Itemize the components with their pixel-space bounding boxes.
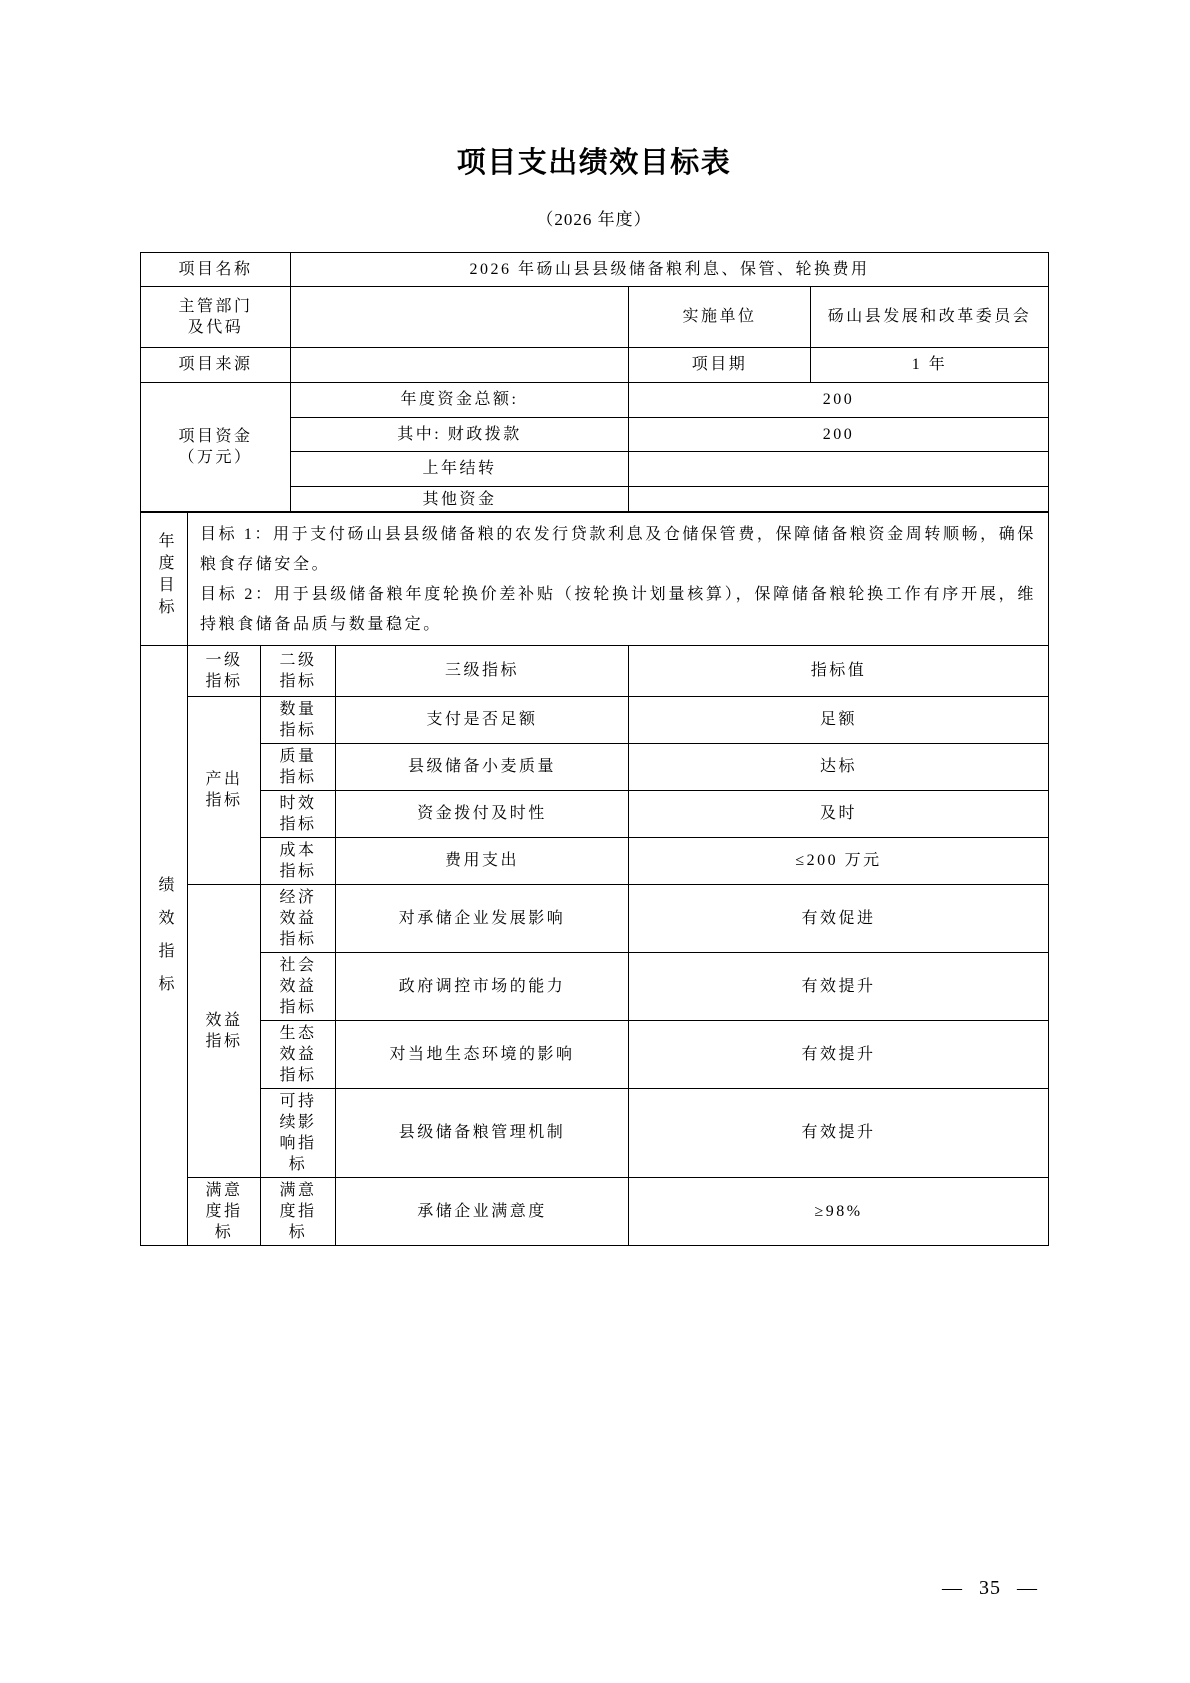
page-title: 项目支出绩效目标表 xyxy=(140,146,1048,181)
indicator-row: 可持 续影 响指 标 县级储备粮管理机制 有效提升 xyxy=(141,1088,1049,1177)
indicator-level3: 承储企业满意度 xyxy=(336,1177,629,1245)
indicator-value: ≤200 万元 xyxy=(629,837,1049,884)
project-source-label: 项目来源 xyxy=(141,347,291,382)
indicator-level3: 对当地生态环境的影响 xyxy=(336,1020,629,1088)
performance-indicators-table: 绩效指标 一级 指标 二级 指标 三级指标 指标值 产出 指标 数量 指标 支付… xyxy=(140,645,1049,1246)
dept-code-value xyxy=(291,286,629,347)
indicator-level3: 对承储企业发展影响 xyxy=(336,884,629,952)
dept-code-label: 主管部门 及代码 xyxy=(141,286,291,347)
indicator-level2: 成本 指标 xyxy=(261,837,336,884)
indicator-level2: 社会 效益 指标 xyxy=(261,952,336,1020)
indicator-row: 社会 效益 指标 政府调控市场的能力 有效提升 xyxy=(141,952,1049,1020)
indicator-row: 时效 指标 资金拨付及时性 及时 xyxy=(141,790,1049,837)
fund-total-label: 年度资金总额: xyxy=(291,382,629,417)
project-period-label: 项目期 xyxy=(629,347,811,382)
indicator-row: 质量 指标 县级储备小麦质量 达标 xyxy=(141,743,1049,790)
value-header: 指标值 xyxy=(629,645,1049,696)
document-page: 项目支出绩效目标表 （2026 年度） 项目名称 2026 年砀山县县级储备粮利… xyxy=(0,0,1190,1683)
indicator-value: 有效提升 xyxy=(629,1020,1049,1088)
annual-goals-table: 年度目标 目标 1：用于支付砀山县县级储备粮的农发行贷款利息及仓储保管费，保障储… xyxy=(140,511,1049,646)
page-number: — 35 — xyxy=(910,1577,1070,1600)
indicator-level3: 费用支出 xyxy=(336,837,629,884)
indicator-level3: 政府调控市场的能力 xyxy=(336,952,629,1020)
goal-1-text: 目标 1：用于支付砀山县县级储备粮的农发行贷款利息及仓储保管费，保障储备粮资金周… xyxy=(200,520,1036,580)
indicator-row: 满意 度指 标 满意 度指 标 承储企业满意度 ≥98% xyxy=(141,1177,1049,1245)
indicator-row: 成本 指标 费用支出 ≤200 万元 xyxy=(141,837,1049,884)
project-funds-label: 项目资金 （万元） xyxy=(141,382,291,512)
goal-2-text: 目标 2：用于县级储备粮年度轮换价差补贴（按轮换计划量核算），保障储备粮轮换工作… xyxy=(200,580,1036,640)
indicator-level2: 质量 指标 xyxy=(261,743,336,790)
indicator-header-row: 绩效指标 一级 指标 二级 指标 三级指标 指标值 xyxy=(141,645,1049,696)
annual-goals-text-cell: 目标 1：用于支付砀山县县级储备粮的农发行贷款利息及仓储保管费，保障储备粮资金周… xyxy=(188,512,1049,646)
indicator-value: 达标 xyxy=(629,743,1049,790)
indicator-value: 及时 xyxy=(629,790,1049,837)
indicator-row: 效益 指标 经济 效益 指标 对承储企业发展影响 有效促进 xyxy=(141,884,1049,952)
fund-fiscal-value: 200 xyxy=(629,417,1049,451)
fund-carryover-value xyxy=(629,451,1049,486)
fund-other-value xyxy=(629,486,1049,512)
fund-total-value: 200 xyxy=(629,382,1049,417)
indicator-level2: 满意 度指 标 xyxy=(261,1177,336,1245)
impl-unit-label: 实施单位 xyxy=(629,286,811,347)
indicator-level2: 生态 效益 指标 xyxy=(261,1020,336,1088)
level3-header: 三级指标 xyxy=(336,645,629,696)
indicator-level3: 支付是否足额 xyxy=(336,696,629,743)
output-indicator-group-label: 产出 指标 xyxy=(188,696,261,884)
table-row: 项目资金 （万元） 年度资金总额: 200 xyxy=(141,382,1049,417)
performance-indicators-label: 绩效指标 xyxy=(156,876,172,1008)
table-row: 项目来源 项目期 1 年 xyxy=(141,347,1049,382)
indicator-value: ≥98% xyxy=(629,1177,1049,1245)
fund-fiscal-label: 其中: 财政拨款 xyxy=(291,417,629,451)
page-subtitle: （2026 年度） xyxy=(140,205,1048,230)
project-name-value: 2026 年砀山县县级储备粮利息、保管、轮换费用 xyxy=(291,252,1049,286)
indicator-row: 产出 指标 数量 指标 支付是否足额 足额 xyxy=(141,696,1049,743)
annual-goals-label: 年度目标 xyxy=(156,532,172,620)
impl-unit-value: 砀山县发展和改革委员会 xyxy=(811,286,1049,347)
indicator-level3: 资金拨付及时性 xyxy=(336,790,629,837)
table-row: 年度目标 目标 1：用于支付砀山县县级储备粮的农发行贷款利息及仓储保管费，保障储… xyxy=(141,512,1049,646)
level1-header: 一级 指标 xyxy=(188,645,261,696)
project-name-label: 项目名称 xyxy=(141,252,291,286)
project-period-value: 1 年 xyxy=(811,347,1049,382)
document-content: 项目支出绩效目标表 （2026 年度） 项目名称 2026 年砀山县县级储备粮利… xyxy=(140,146,1048,1246)
fund-carryover-label: 上年结转 xyxy=(291,451,629,486)
indicator-level2: 时效 指标 xyxy=(261,790,336,837)
indicator-level3: 县级储备小麦质量 xyxy=(336,743,629,790)
performance-indicators-label-cell: 绩效指标 xyxy=(141,645,188,1245)
indicator-value: 足额 xyxy=(629,696,1049,743)
project-info-table: 项目名称 2026 年砀山县县级储备粮利息、保管、轮换费用 主管部门 及代码 实… xyxy=(140,252,1049,513)
indicator-value: 有效提升 xyxy=(629,1088,1049,1177)
indicator-level2: 可持 续影 响指 标 xyxy=(261,1088,336,1177)
indicator-value: 有效促进 xyxy=(629,884,1049,952)
benefit-indicator-group-label: 效益 指标 xyxy=(188,884,261,1177)
indicator-value: 有效提升 xyxy=(629,952,1049,1020)
indicator-row: 生态 效益 指标 对当地生态环境的影响 有效提升 xyxy=(141,1020,1049,1088)
table-row: 项目名称 2026 年砀山县县级储备粮利息、保管、轮换费用 xyxy=(141,252,1049,286)
table-row: 主管部门 及代码 实施单位 砀山县发展和改革委员会 xyxy=(141,286,1049,347)
satisfaction-indicator-group-label: 满意 度指 标 xyxy=(188,1177,261,1245)
fund-other-label: 其他资金 xyxy=(291,486,629,512)
indicator-level2: 数量 指标 xyxy=(261,696,336,743)
indicator-level3: 县级储备粮管理机制 xyxy=(336,1088,629,1177)
project-source-value xyxy=(291,347,629,382)
annual-goals-label-cell: 年度目标 xyxy=(141,512,188,646)
indicator-level2: 经济 效益 指标 xyxy=(261,884,336,952)
level2-header: 二级 指标 xyxy=(261,645,336,696)
